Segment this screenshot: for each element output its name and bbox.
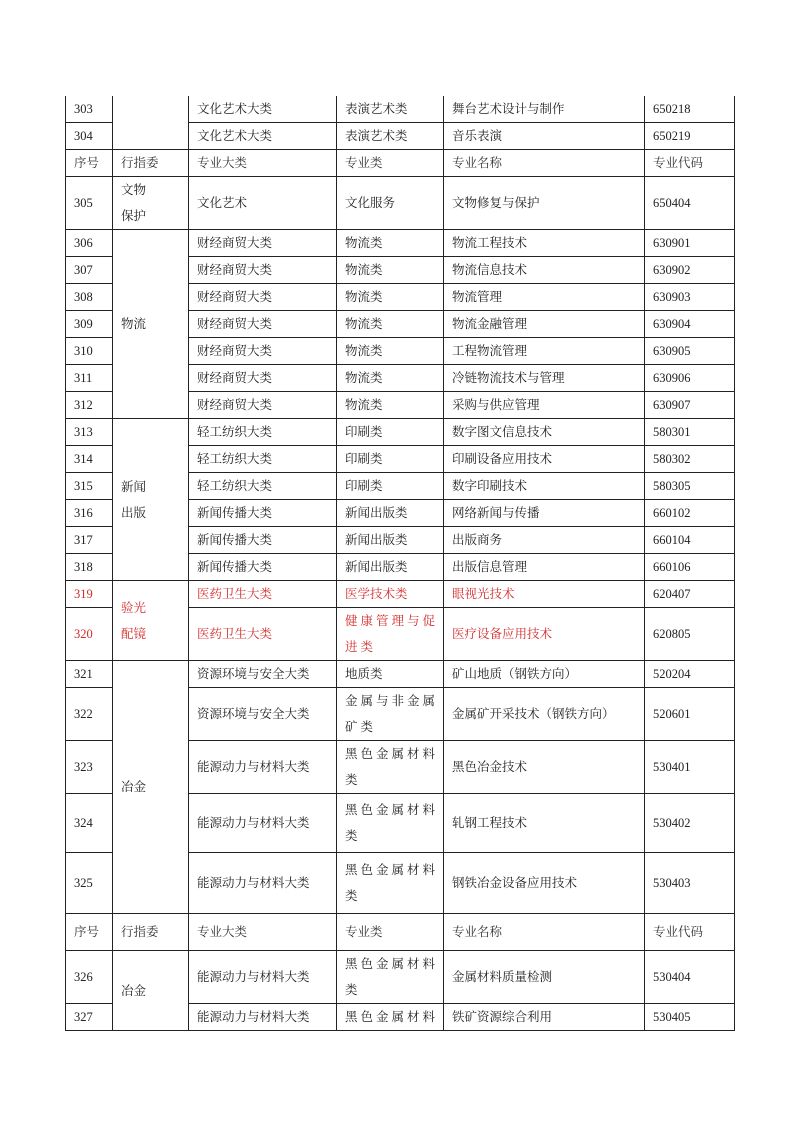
name-cell: 冷链物流技术与管理 <box>444 365 645 392</box>
seq-cell: 307 <box>66 257 113 284</box>
name-cell: 出版信息管理 <box>444 554 645 581</box>
class-cell: 表演艺术类 <box>337 96 444 123</box>
category-cell: 新闻传播大类 <box>189 500 337 527</box>
category-cell: 能源动力与材料大类 <box>189 741 337 794</box>
name-cell: 数字图文信息技术 <box>444 419 645 446</box>
majors-table: 303 文化艺术大类 表演艺术类 舞台艺术设计与制作 650218 304 文化… <box>65 96 735 1031</box>
seq-cell: 316 <box>66 500 113 527</box>
header-seq: 序号 <box>66 150 113 177</box>
code-cell: 620805 <box>645 608 735 661</box>
class-cell: 黑色金属材料 <box>337 1004 444 1031</box>
category-cell: 能源动力与材料大类 <box>189 1004 337 1031</box>
committee-cell: 新闻出版 <box>113 419 189 581</box>
code-cell: 660102 <box>645 500 735 527</box>
category-cell: 文化艺术大类 <box>189 123 337 150</box>
category-cell: 财经商贸大类 <box>189 338 337 365</box>
class-cell: 物流类 <box>337 311 444 338</box>
table-header-row: 序号 行指委 专业大类 专业类 专业名称 专业代码 <box>66 914 735 951</box>
name-cell: 音乐表演 <box>444 123 645 150</box>
category-cell: 文化艺术大类 <box>189 96 337 123</box>
name-cell: 采购与供应管理 <box>444 392 645 419</box>
committee-line: 文物 <box>121 177 188 203</box>
seq-cell: 309 <box>66 311 113 338</box>
category-cell: 财经商贸大类 <box>189 365 337 392</box>
code-cell: 530403 <box>645 853 735 914</box>
name-cell: 物流管理 <box>444 284 645 311</box>
class-cell: 物流类 <box>337 365 444 392</box>
committee-cell: 验光配镜 <box>113 581 189 661</box>
category-cell: 能源动力与材料大类 <box>189 951 337 1004</box>
committee-cell: 文物保护 <box>113 177 189 230</box>
category-cell: 医药卫生大类 <box>189 608 337 661</box>
class-cell: 新闻出版类 <box>337 554 444 581</box>
header-code: 专业代码 <box>645 150 735 177</box>
seq-cell: 320 <box>66 608 113 661</box>
code-cell: 620407 <box>645 581 735 608</box>
category-cell: 财经商贸大类 <box>189 392 337 419</box>
code-cell: 630903 <box>645 284 735 311</box>
name-cell: 物流工程技术 <box>444 230 645 257</box>
category-cell: 文化艺术 <box>189 177 337 230</box>
table-row: 305 文物保护 文化艺术 文化服务 文物修复与保护 650404 <box>66 177 735 230</box>
category-cell: 轻工纺织大类 <box>189 473 337 500</box>
committee-line: 出版 <box>121 500 188 526</box>
seq-cell: 321 <box>66 661 113 688</box>
name-cell: 黑色冶金技术 <box>444 741 645 794</box>
code-cell: 650404 <box>645 177 735 230</box>
name-cell: 文物修复与保护 <box>444 177 645 230</box>
code-cell: 630901 <box>645 230 735 257</box>
committee-cell: 冶金 <box>113 951 189 1031</box>
name-cell: 数字印刷技术 <box>444 473 645 500</box>
category-cell: 能源动力与材料大类 <box>189 794 337 853</box>
class-cell: 物流类 <box>337 284 444 311</box>
code-cell: 580302 <box>645 446 735 473</box>
committee-cell: 冶金 <box>113 661 189 914</box>
class-cell: 表演艺术类 <box>337 123 444 150</box>
category-cell: 财经商贸大类 <box>189 230 337 257</box>
header-class: 专业类 <box>337 150 444 177</box>
category-cell: 资源环境与安全大类 <box>189 661 337 688</box>
seq-cell: 322 <box>66 688 113 741</box>
name-cell: 医疗设备应用技术 <box>444 608 645 661</box>
seq-cell: 319 <box>66 581 113 608</box>
header-seq: 序号 <box>66 914 113 951</box>
class-cell: 新闻出版类 <box>337 500 444 527</box>
name-cell: 工程物流管理 <box>444 338 645 365</box>
class-cell: 物流类 <box>337 230 444 257</box>
class-cell: 医学技术类 <box>337 581 444 608</box>
seq-cell: 313 <box>66 419 113 446</box>
code-cell: 650219 <box>645 123 735 150</box>
seq-cell: 305 <box>66 177 113 230</box>
code-cell: 530404 <box>645 951 735 1004</box>
category-cell: 能源动力与材料大类 <box>189 853 337 914</box>
name-cell: 矿山地质（钢铁方向） <box>444 661 645 688</box>
code-cell: 630904 <box>645 311 735 338</box>
code-cell: 530401 <box>645 741 735 794</box>
class-cell: 印刷类 <box>337 446 444 473</box>
name-cell: 轧钢工程技术 <box>444 794 645 853</box>
seq-cell: 311 <box>66 365 113 392</box>
class-cell: 黑色金属材料类 <box>337 741 444 794</box>
class-cell: 健康管理与促进类 <box>337 608 444 661</box>
table-header-row: 序号 行指委 专业大类 专业类 专业名称 专业代码 <box>66 150 735 177</box>
seq-cell: 323 <box>66 741 113 794</box>
code-cell: 630902 <box>645 257 735 284</box>
header-category: 专业大类 <box>189 914 337 951</box>
seq-cell: 306 <box>66 230 113 257</box>
table-row: 313 新闻出版 轻工纺织大类 印刷类 数字图文信息技术 580301 <box>66 419 735 446</box>
name-cell: 钢铁冶金设备应用技术 <box>444 853 645 914</box>
seq-cell: 325 <box>66 853 113 914</box>
code-cell: 650218 <box>645 96 735 123</box>
name-cell: 金属矿开采技术（钢铁方向） <box>444 688 645 741</box>
code-cell: 520601 <box>645 688 735 741</box>
header-class: 专业类 <box>337 914 444 951</box>
category-cell: 轻工纺织大类 <box>189 446 337 473</box>
table-row: 326 冶金 能源动力与材料大类 黑色金属材料类 金属材料质量检测 530404 <box>66 951 735 1004</box>
category-cell: 财经商贸大类 <box>189 284 337 311</box>
category-cell: 轻工纺织大类 <box>189 419 337 446</box>
seq-cell: 318 <box>66 554 113 581</box>
code-cell: 630906 <box>645 365 735 392</box>
class-cell: 黑色金属材料类 <box>337 853 444 914</box>
seq-cell: 326 <box>66 951 113 1004</box>
code-cell: 660104 <box>645 527 735 554</box>
table-row: 321 冶金 资源环境与安全大类 地质类 矿山地质（钢铁方向） 520204 <box>66 661 735 688</box>
committee-cell: 物流 <box>113 230 189 419</box>
class-cell: 物流类 <box>337 338 444 365</box>
header-committee: 行指委 <box>113 914 189 951</box>
name-cell: 出版商务 <box>444 527 645 554</box>
seq-cell: 324 <box>66 794 113 853</box>
table-row: 303 文化艺术大类 表演艺术类 舞台艺术设计与制作 650218 <box>66 96 735 123</box>
code-cell: 630907 <box>645 392 735 419</box>
committee-line: 保护 <box>121 203 188 229</box>
category-cell: 资源环境与安全大类 <box>189 688 337 741</box>
code-cell: 530405 <box>645 1004 735 1031</box>
seq-cell: 310 <box>66 338 113 365</box>
header-name: 专业名称 <box>444 914 645 951</box>
table-row-highlighted: 319 验光配镜 医药卫生大类 医学技术类 眼视光技术 620407 <box>66 581 735 608</box>
code-cell: 580305 <box>645 473 735 500</box>
table-row: 306 物流 财经商贸大类 物流类 物流工程技术 630901 <box>66 230 735 257</box>
committee-line: 配镜 <box>121 621 188 647</box>
header-category: 专业大类 <box>189 150 337 177</box>
committee-line: 验光 <box>121 595 188 621</box>
seq-cell: 314 <box>66 446 113 473</box>
class-cell: 印刷类 <box>337 473 444 500</box>
seq-cell: 317 <box>66 527 113 554</box>
seq-cell: 308 <box>66 284 113 311</box>
class-cell: 地质类 <box>337 661 444 688</box>
category-cell: 财经商贸大类 <box>189 257 337 284</box>
name-cell: 物流信息技术 <box>444 257 645 284</box>
seq-cell: 303 <box>66 96 113 123</box>
class-cell: 物流类 <box>337 257 444 284</box>
header-code: 专业代码 <box>645 914 735 951</box>
committee-cell <box>113 96 189 150</box>
category-cell: 医药卫生大类 <box>189 581 337 608</box>
seq-cell: 304 <box>66 123 113 150</box>
category-cell: 财经商贸大类 <box>189 311 337 338</box>
class-cell: 黑色金属材料类 <box>337 794 444 853</box>
committee-line: 新闻 <box>121 474 188 500</box>
seq-cell: 312 <box>66 392 113 419</box>
seq-cell: 315 <box>66 473 113 500</box>
name-cell: 物流金融管理 <box>444 311 645 338</box>
name-cell: 印刷设备应用技术 <box>444 446 645 473</box>
code-cell: 520204 <box>645 661 735 688</box>
code-cell: 580301 <box>645 419 735 446</box>
name-cell: 金属材料质量检测 <box>444 951 645 1004</box>
code-cell: 630905 <box>645 338 735 365</box>
header-name: 专业名称 <box>444 150 645 177</box>
code-cell: 660106 <box>645 554 735 581</box>
class-cell: 印刷类 <box>337 419 444 446</box>
code-cell: 530402 <box>645 794 735 853</box>
seq-cell: 327 <box>66 1004 113 1031</box>
header-committee: 行指委 <box>113 150 189 177</box>
name-cell: 舞台艺术设计与制作 <box>444 96 645 123</box>
name-cell: 网络新闻与传播 <box>444 500 645 527</box>
category-cell: 新闻传播大类 <box>189 527 337 554</box>
category-cell: 新闻传播大类 <box>189 554 337 581</box>
name-cell: 铁矿资源综合利用 <box>444 1004 645 1031</box>
name-cell: 眼视光技术 <box>444 581 645 608</box>
class-cell: 新闻出版类 <box>337 527 444 554</box>
class-cell: 金属与非金属矿类 <box>337 688 444 741</box>
class-cell: 文化服务 <box>337 177 444 230</box>
class-cell: 物流类 <box>337 392 444 419</box>
class-cell: 黑色金属材料类 <box>337 951 444 1004</box>
